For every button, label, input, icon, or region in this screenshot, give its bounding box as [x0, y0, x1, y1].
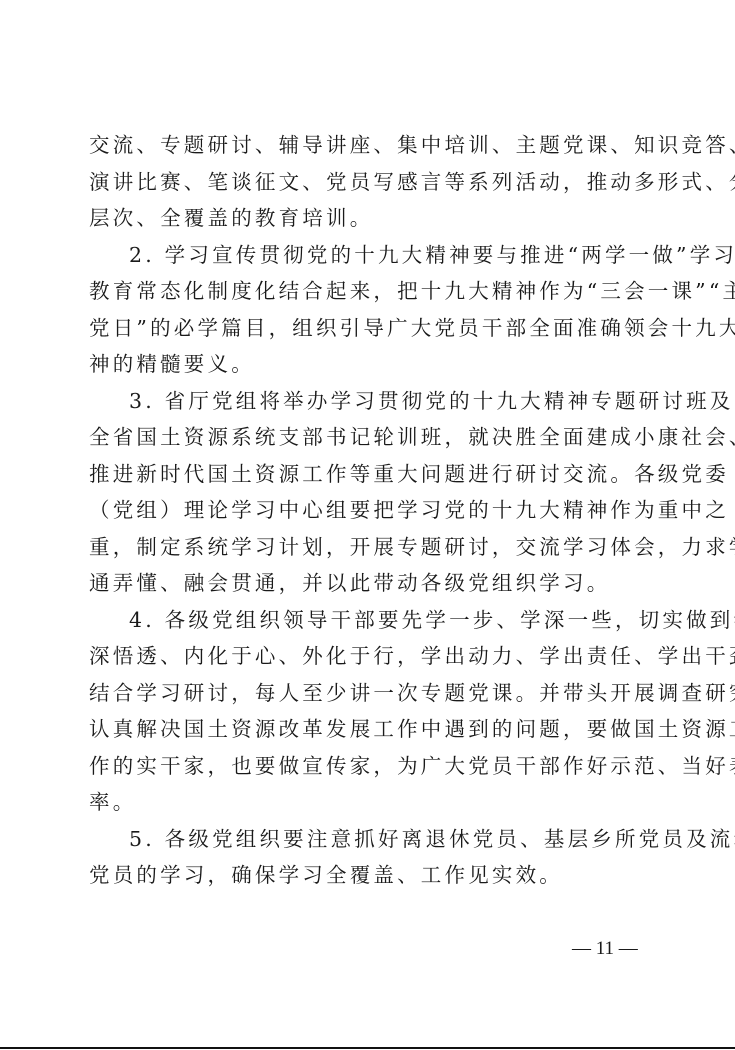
paragraph-5-start: 5. 各级党组织要注意抓好离退休党员、基层乡所党员及流动 [89, 821, 649, 858]
text-line: 结合学习研讨，每人至少讲一次专题党课。并带头开展调查研究， [89, 675, 649, 712]
bottom-border-line [0, 1047, 735, 1049]
text-line: 神的精髓要义。 [89, 346, 649, 383]
text-line: 推进新时代国土资源工作等重大问题进行研讨交流。各级党委 [89, 456, 649, 493]
document-page: 交流、专题研讨、辅导讲座、集中培训、主题党课、知识竞答、 演讲比赛、笔谈征文、党… [0, 0, 735, 1050]
text-line: 作的实干家，也要做宣传家，为广大党员干部作好示范、当好表 [89, 748, 649, 785]
text-line: 深悟透、内化于心、外化于行，学出动力、学出责任、学出干劲， [89, 638, 649, 675]
text-line: 交流、专题研讨、辅导讲座、集中培训、主题党课、知识竞答、 [89, 127, 649, 164]
text-line: 教育常态化制度化结合起来，把十九大精神作为“三会一课”“主题 [89, 273, 649, 310]
text-line: 演讲比赛、笔谈征文、党员写感言等系列活动，推动多形式、分 [89, 164, 649, 201]
page-number: — 11 — [572, 938, 638, 960]
text-line: 认真解决国土资源改革发展工作中遇到的问题，要做国土资源工 [89, 711, 649, 748]
text-line: 通弄懂、融会贯通，并以此带动各级党组织学习。 [89, 565, 649, 602]
text-line: 层次、全覆盖的教育培训。 [89, 200, 649, 237]
body-text: 交流、专题研讨、辅导讲座、集中培训、主题党课、知识竞答、 演讲比赛、笔谈征文、党… [89, 127, 649, 894]
paragraph-4-start: 4. 各级党组织领导干部要先学一步、学深一些，切实做到学 [89, 602, 649, 639]
paragraph-2-start: 2. 学习宣传贯彻党的十九大精神要与推进“两学一做”学习 [89, 237, 649, 274]
paragraph-3-start: 3. 省厅党组将举办学习贯彻党的十九大精神专题研讨班及 [89, 383, 649, 420]
text-line: 重，制定系统学习计划，开展专题研讨，交流学习体会，力求学 [89, 529, 649, 566]
text-line: 党员的学习，确保学习全覆盖、工作见实效。 [89, 857, 649, 894]
text-line: 党日”的必学篇目，组织引导广大党员干部全面准确领会十九大精 [89, 310, 649, 347]
text-line: 率。 [89, 784, 649, 821]
text-line: 全省国土资源系统支部书记轮训班，就决胜全面建成小康社会、 [89, 419, 649, 456]
text-line: （党组）理论学习中心组要把学习党的十九大精神作为重中之 [89, 492, 649, 529]
